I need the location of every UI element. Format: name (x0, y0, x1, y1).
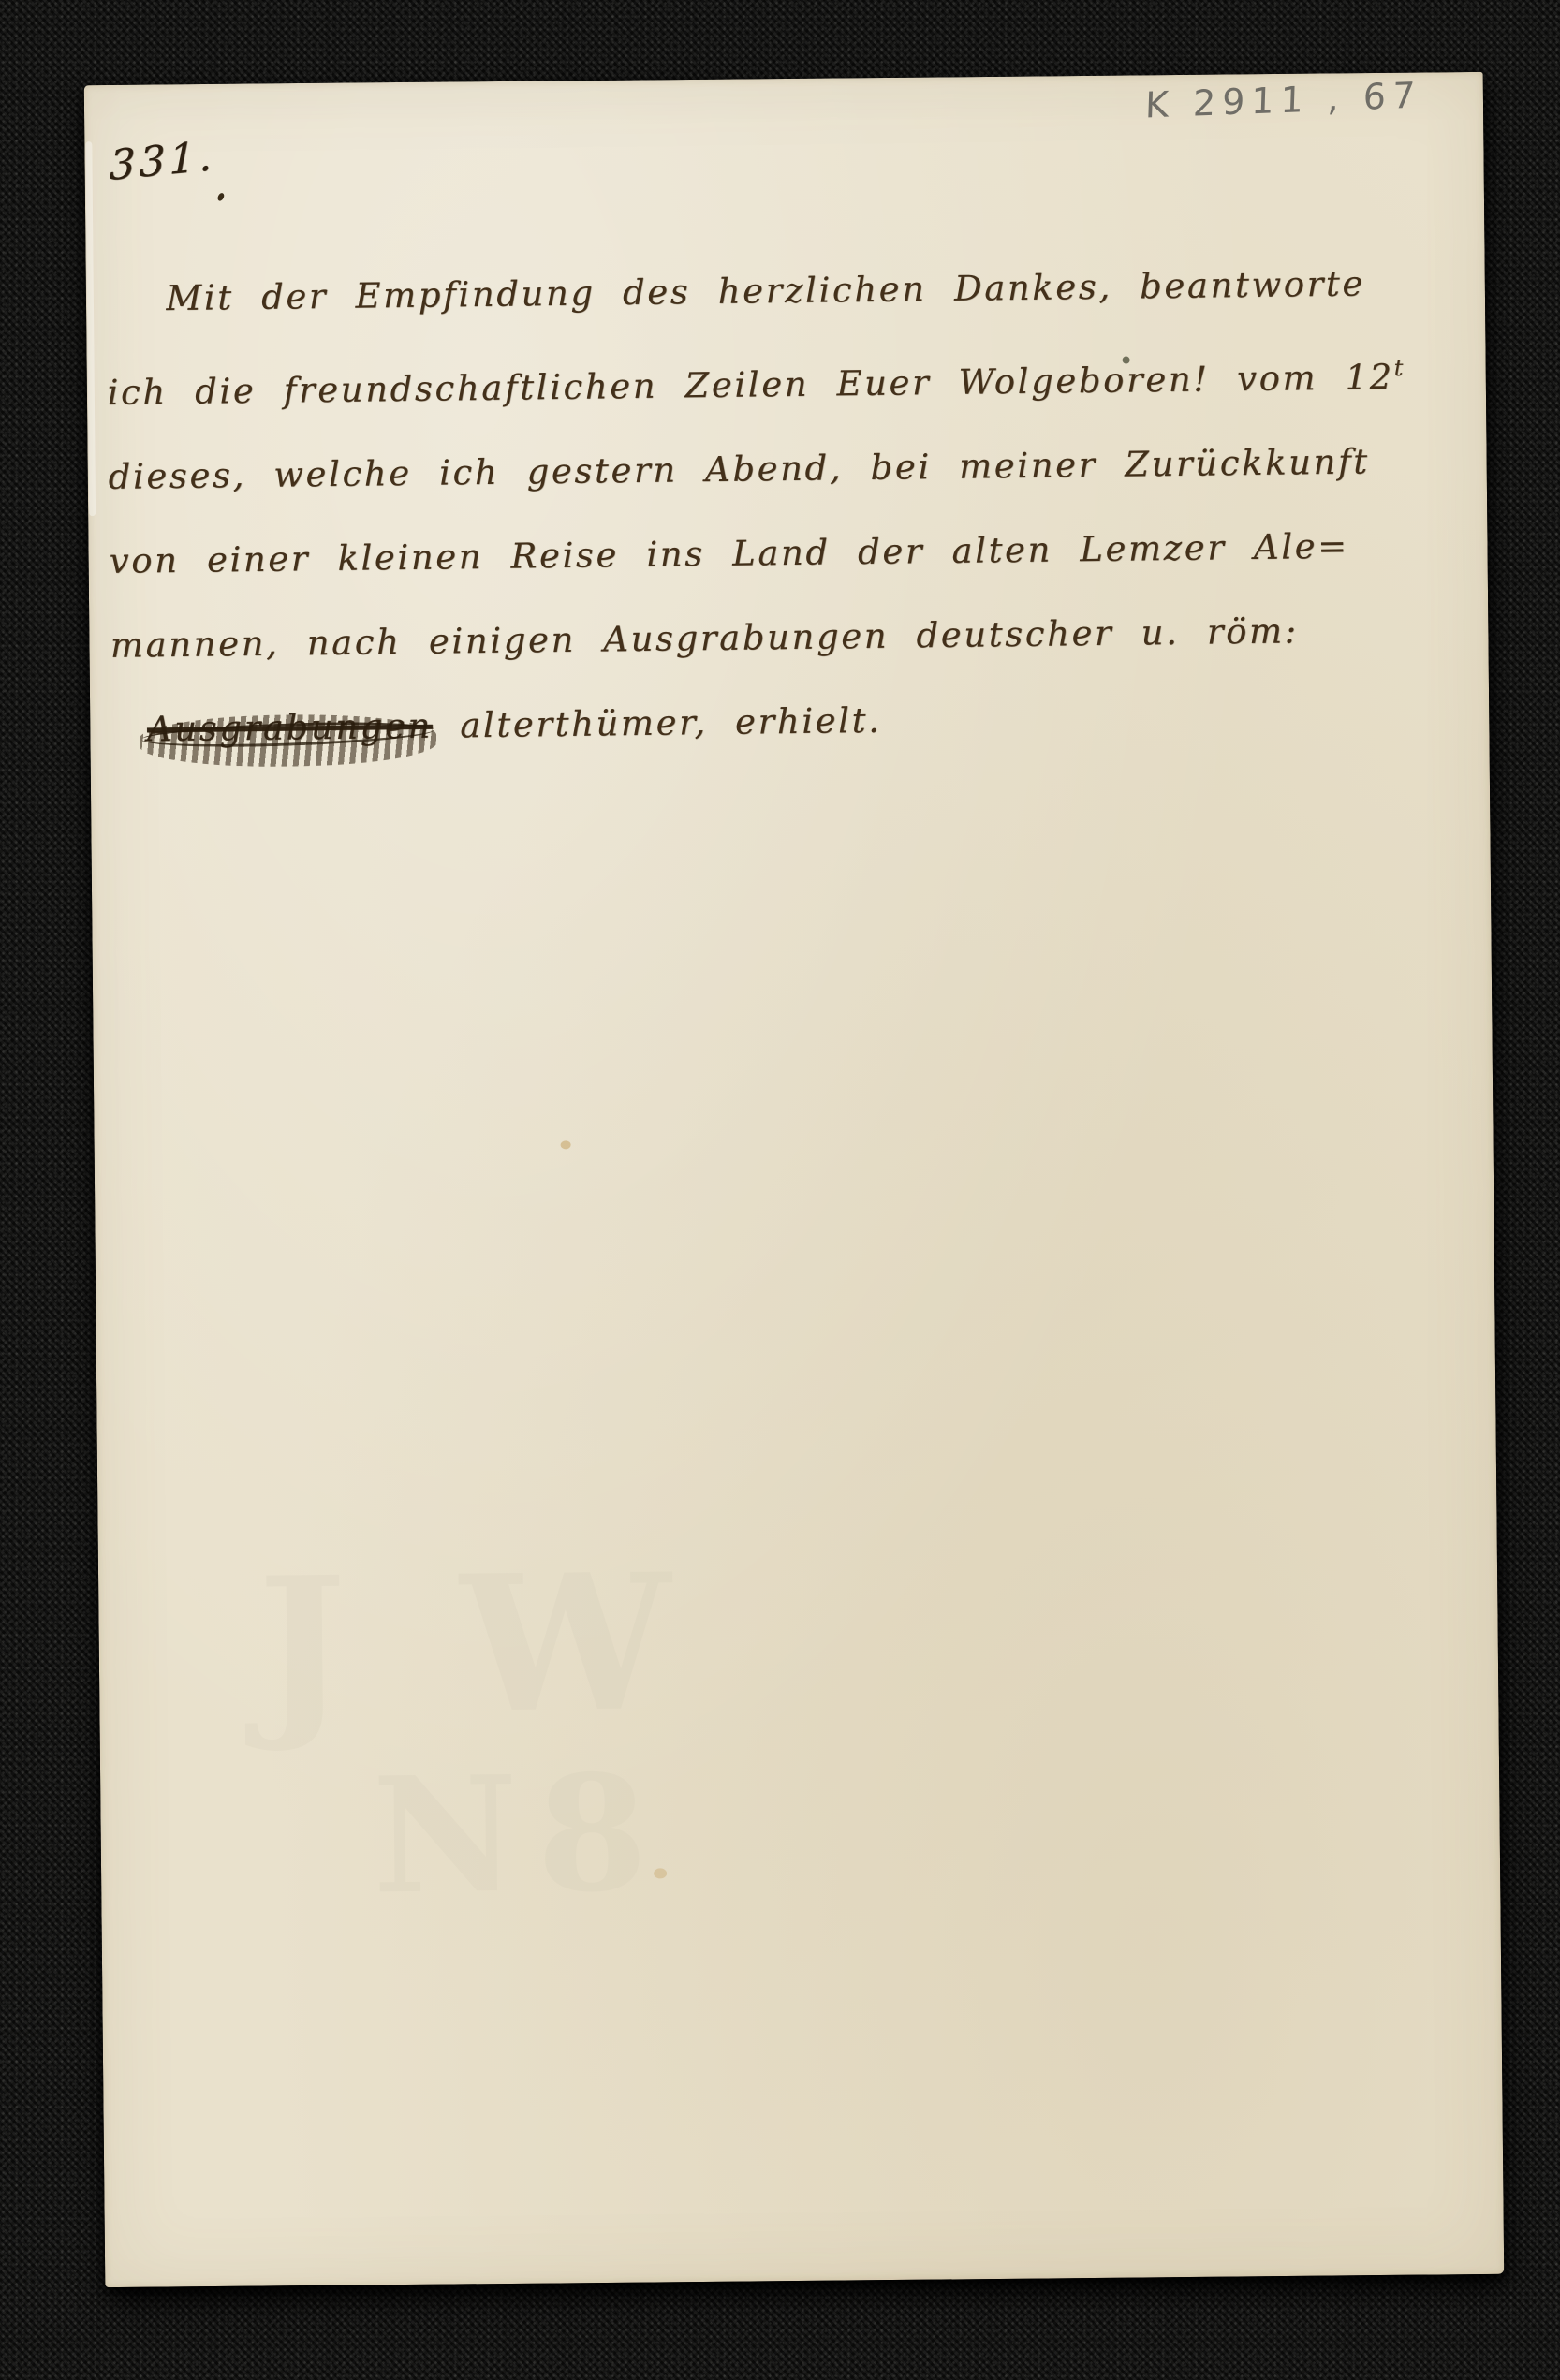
faint-watermark: J W N8 (258, 1538, 899, 2069)
line-6-text: alterthümer, erhielt. (460, 700, 882, 745)
paper-stain (561, 1140, 571, 1149)
paper-stain (654, 1868, 667, 1878)
line-2-superscript: t (1393, 355, 1404, 381)
letter-body: Mit der Empfindung des herzlichen Dankes… (106, 241, 1476, 772)
paper-deckle-edge (85, 141, 96, 516)
handwritten-line-2: ich die freundschaftlichen Zeilen Euer W… (107, 325, 1471, 435)
watermark-letters-bottom: N8 (372, 1744, 898, 1924)
paper-speck (1123, 357, 1130, 364)
archive-shelfmark-pencil: K 2911 , 67 (1144, 74, 1422, 125)
handwritten-line-5: mannen, nach einigen Ausgrabungen deutsc… (110, 587, 1474, 688)
ink-speck (216, 192, 225, 202)
watermark-letters-top: J W (258, 1538, 896, 1751)
page-number-ink: 331. (110, 132, 216, 190)
line-2-text: ich die freundschaftlichen Zeilen Euer W… (107, 357, 1394, 413)
handwritten-line-6: Ausgrabungen alterthümer, erhielt. (110, 671, 1475, 772)
handwritten-line-3: dieses, welche ich gestern Abend, bei me… (108, 419, 1472, 520)
manuscript-page: 331. K 2911 , 67 Mit der Empfindung des … (84, 72, 1505, 2287)
handwritten-line-4: von einer kleinen Reise ins Land der alt… (109, 503, 1473, 604)
handwritten-line-1: Mit der Empfindung des herzlichen Dankes… (106, 241, 1470, 342)
crossed-out-word: Ausgrabungen (146, 684, 433, 772)
